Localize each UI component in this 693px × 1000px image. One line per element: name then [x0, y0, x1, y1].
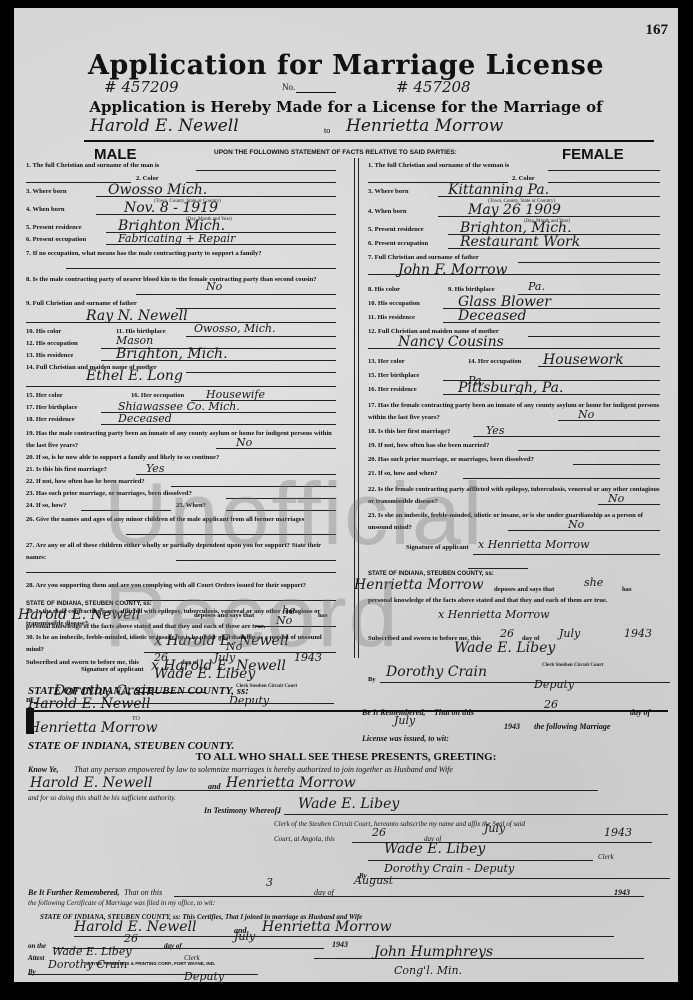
male-q4: 4. When born — [26, 206, 65, 213]
male-q21: 21. Is this his first marriage? — [26, 466, 107, 473]
cert-day: 26 — [124, 932, 138, 945]
license-number-right: # 457208 — [396, 78, 471, 96]
officiant-signature: John Humphreys — [374, 944, 493, 960]
facts-header: UPON THE FOLLOWING STATEMENT OF FACTS RE… — [214, 149, 457, 156]
female-a7: John F. Morrow — [398, 262, 508, 278]
license-groom: Harold E. Newell — [28, 696, 150, 712]
female-aff-clerk-sig: Wade E. Libey — [454, 640, 555, 656]
female-header: FEMALE — [562, 146, 624, 163]
female-q16: 16. Her residence — [368, 386, 417, 393]
court-day: 26 — [372, 826, 386, 839]
male-aff-signature: x Harold E. Newell — [154, 633, 289, 649]
further-that-on: That on this — [124, 888, 162, 897]
female-a18: Yes — [486, 424, 504, 437]
male-q16: 16. Her occupation — [131, 392, 184, 399]
male-aff-name: Harold E. Newell — [18, 607, 140, 623]
court-clerk-sig: Wade E. Libey — [384, 841, 485, 857]
female-aff-year: 1943 — [624, 627, 652, 640]
female-aff-knowledge: personal knowledge of the facts above st… — [368, 596, 668, 605]
male-aff-day: 26 — [154, 651, 168, 664]
female-q19: 19. If not, how often has she been marri… — [368, 442, 489, 449]
male-aff-sworn: Subscribed and sworn to before me, this — [26, 659, 139, 666]
female-q5: 5. Present residence — [368, 226, 424, 233]
cert-filed: the following Certificate of Marriage wa… — [28, 899, 215, 907]
female-q14: 14. Her occupation — [468, 358, 521, 365]
groom-name: Harold E. Newell — [90, 116, 239, 136]
cert-month: July — [234, 930, 255, 943]
cert-year: 1943 — [332, 940, 348, 949]
female-q15: 15. Her birthplace — [368, 372, 419, 379]
female-aff-has: has — [622, 586, 632, 593]
cert-on-the: on the — [28, 942, 46, 950]
further-month: August — [354, 874, 393, 887]
male-aff-pronoun: he — [282, 604, 296, 617]
female-a11: Deceased — [458, 308, 526, 324]
female-q18: 18. Is this her first marriage? — [368, 428, 450, 435]
female-q20: 20. Has such prior marriage, or marriage… — [368, 456, 534, 463]
authorized-bride: Henrietta Morrow — [226, 775, 356, 791]
female-q2: 2. Color — [512, 175, 535, 182]
female-a6: Restaurant Work — [460, 234, 580, 250]
male-q22: 22. If not, how often has he been marrie… — [26, 478, 145, 485]
male-a13: Brighton, Mich. — [116, 346, 228, 362]
male-q26: 26. Give the names and ages of any minor… — [26, 514, 336, 526]
further-day: 3 — [266, 876, 273, 889]
female-q8: 8. His color — [368, 286, 400, 293]
female-aff-name: Henrietta Morrow — [354, 577, 484, 593]
scan-border — [678, 0, 693, 1000]
male-q1: 1. The full Christian and surname of the… — [26, 162, 159, 169]
female-aff-clerk-title: Clerk Steuben Circuit Court — [542, 663, 603, 668]
male-q2: 2. Color — [136, 175, 159, 182]
male-q6: 6. Present occupation — [26, 236, 86, 243]
cert-attest: Attest — [28, 954, 44, 962]
male-a6: Fabricating + Repair — [118, 232, 235, 245]
officiant-title: Cong'l. Min. — [394, 964, 462, 977]
female-a12: Nancy Cousins — [398, 334, 504, 350]
license-number-left: # 457209 — [104, 78, 179, 96]
female-q9: 9. His birthplace — [448, 286, 495, 293]
female-aff-month: July — [559, 627, 580, 640]
female-q6: 6. Present occupation — [368, 240, 428, 247]
female-a4: May 26 1909 — [468, 202, 561, 218]
female-aff-pronoun: she — [584, 576, 603, 589]
court-clerk-word: Clerk — [598, 853, 614, 861]
parties-line: Harold E. Newell to Henrietta Morrow — [84, 118, 654, 142]
cert-bride: Henrietta Morrow — [262, 919, 392, 935]
license-day: 26 — [544, 698, 558, 711]
male-a19: No — [236, 436, 252, 449]
female-q21: 21. If so, how and when? — [368, 470, 437, 477]
male-aff-deposes: deposes and says that — [194, 612, 254, 619]
male-q28: 28. Are you supporting them and are you … — [26, 580, 336, 592]
female-aff-by: By — [368, 676, 376, 683]
female-aff-deputy: Dorothy Crain — [386, 664, 487, 680]
female-q13: 13. Her color — [368, 358, 405, 365]
male-a8: No — [206, 280, 222, 293]
male-aff-knowledge: personal knowledge of the facts above st… — [26, 622, 336, 631]
male-aff-has: has — [318, 612, 328, 619]
male-aff-clerk-sig: Wade E. Libey — [154, 666, 255, 682]
male-q12: 12. His occupation — [26, 340, 78, 347]
male-a18: Deceased — [118, 412, 172, 425]
female-aff-signature: x Henrietta Morrow — [438, 608, 550, 621]
male-sig-label: Signature of applicant — [81, 666, 144, 673]
male-q23: 23. Has such prior marriage, or marriage… — [26, 490, 192, 497]
male-q9: 9. Full Christian and surname of father — [26, 300, 137, 307]
female-aff-day: 26 — [500, 627, 514, 640]
court-year: 1943 — [604, 826, 632, 839]
female-a16: Pittsburgh, Pa. — [458, 380, 563, 396]
license-issued: License was issued, to wit: — [362, 734, 449, 743]
further-label: Be It Further Remembered, — [28, 888, 120, 897]
bride-name: Henrietta Morrow — [346, 116, 503, 136]
male-aff-dayof: day of — [181, 659, 198, 666]
license-following: the following Marriage — [534, 722, 610, 731]
male-q7: 7. If no occupation, what means has the … — [26, 248, 336, 260]
female-q10: 10. His occupation — [368, 300, 420, 307]
male-q13: 13. His residence — [26, 352, 73, 359]
page-number: 167 — [646, 22, 669, 39]
female-a17: No — [578, 408, 594, 421]
female-a22: No — [608, 492, 624, 505]
testimony-label: In Testimony Whereof, — [204, 806, 279, 815]
male-q15: 15. Her color — [26, 392, 63, 399]
authorized-text: That any person empowered by law to sole… — [74, 765, 453, 774]
greeting: TO ALL WHO SHALL SEE THESE PRESENTS, GRE… — [14, 751, 678, 763]
know-ye: Know Ye, — [28, 765, 59, 774]
license-month: July — [394, 714, 415, 727]
female-q3: 3. Where born — [368, 188, 409, 195]
scan-artifact — [26, 708, 34, 734]
document-title: Application for Marriage License — [14, 50, 678, 81]
female-a3: Kittanning Pa. — [448, 182, 549, 198]
license-dayof: day of — [630, 708, 650, 717]
court-at: Court, at Angola, this — [274, 835, 335, 843]
no-line — [296, 92, 336, 93]
license-bride: Henrietta Morrow — [28, 720, 158, 736]
testimony-clerk: Wade E. Libey — [298, 796, 399, 812]
female-a14: Housework — [543, 352, 624, 368]
court-deputy: Dorothy Crain - Deputy — [384, 862, 514, 875]
subtitle: Application is Hereby Made for a License… — [14, 98, 678, 116]
male-q17: 17. Her birthplace — [26, 404, 77, 411]
license-year: 1943 — [504, 722, 520, 731]
male-a9: Ray N. Newell — [86, 308, 188, 324]
female-q1: 1. The full Christian and surname of the… — [368, 162, 509, 169]
printer-imprint: WAYNE PAPER BOX & PRINTING CORP., FORT W… — [86, 961, 215, 966]
female-signature: x Henrietta Morrow — [478, 538, 590, 551]
female-q7: 7. Full Christian and surname of father — [368, 254, 479, 261]
female-q11: 11. His residence — [368, 314, 415, 321]
male-q3: 3. Where born — [26, 188, 67, 195]
male-q10: 10. His color — [26, 328, 61, 335]
male-q24: 24. If so, how? — [26, 502, 66, 509]
male-q5: 5. Present residence — [26, 224, 82, 231]
male-a14: Ethel E. Long — [86, 368, 183, 384]
female-aff-deputy-title: Deputy — [534, 678, 574, 691]
female-a23: No — [568, 518, 584, 531]
female-a9: Pa. — [528, 280, 545, 293]
court-month: July — [484, 822, 505, 835]
male-a3: Owosso Mich. — [108, 182, 207, 198]
testimony-i: I — [278, 806, 281, 815]
to-label: to — [324, 126, 330, 135]
male-q18: 18. Her residence — [26, 416, 75, 423]
male-q8: 8. Is the male contracting party of near… — [26, 274, 336, 286]
authority-text: and for so doing this shall be his suffi… — [28, 794, 176, 802]
female-q4: 4. When born — [368, 208, 407, 215]
male-q20: 20. If so, is he now able to support a f… — [26, 454, 219, 461]
cert-deputy-word: Deputy — [184, 970, 224, 983]
cert-clerk: Wade E. Libey — [52, 945, 132, 958]
no-label: No. — [282, 82, 295, 92]
male-aff-month: July — [214, 651, 235, 664]
male-aff-year: 1943 — [294, 651, 322, 664]
female-sig-label: Signature of applicant — [406, 544, 469, 551]
male-header: MALE — [94, 146, 137, 163]
male-q25: 25. When? — [176, 502, 206, 509]
female-aff-deposes: deposes and says that — [494, 586, 554, 593]
male-a11: Owosso, Mich. — [194, 322, 276, 335]
document-page: 167 Application for Marriage License # 4… — [14, 8, 678, 982]
male-a21: Yes — [146, 462, 164, 475]
male-a4: Nov. 8 - 1919 — [124, 200, 218, 216]
that-on-label: That on this — [434, 708, 474, 717]
authorized-groom: Harold E. Newell — [30, 775, 152, 791]
